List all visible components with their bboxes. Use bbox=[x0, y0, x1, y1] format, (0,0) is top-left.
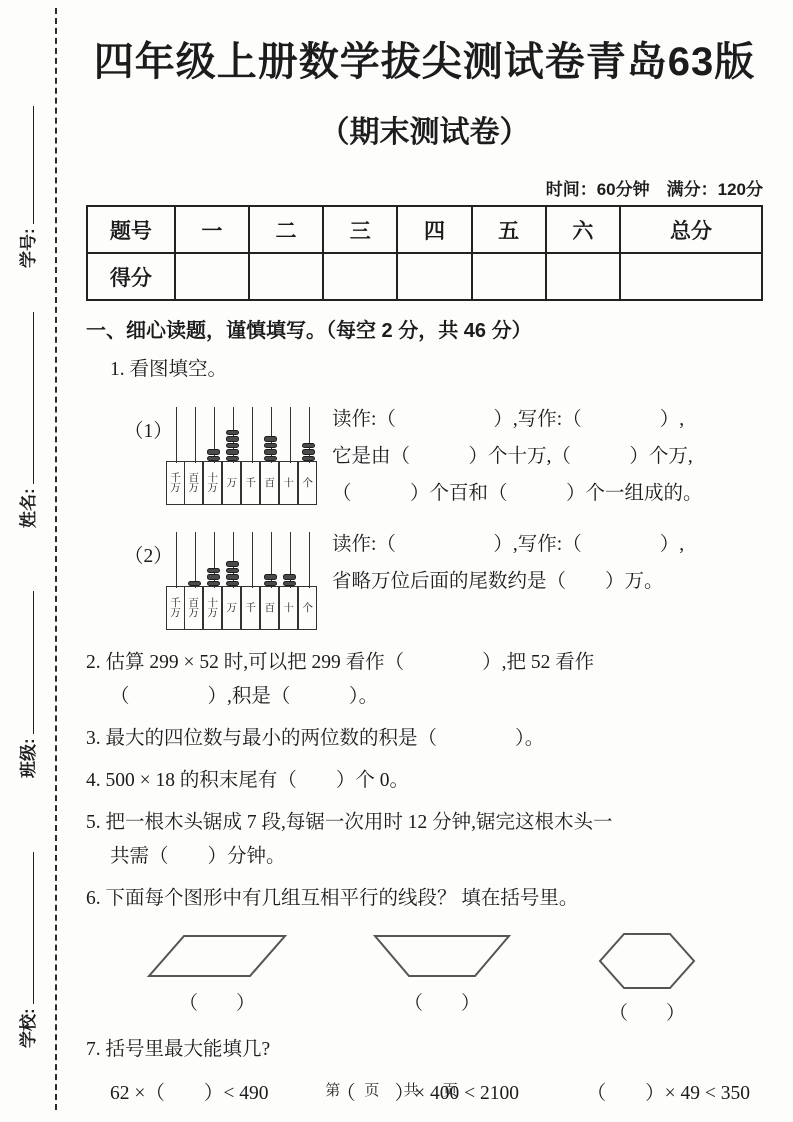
abacus-place-label: 个 bbox=[298, 461, 317, 505]
abacus-column-十: 十 bbox=[280, 532, 299, 630]
abacus-column-千万: 千万 bbox=[166, 407, 185, 505]
abacus-rod bbox=[176, 407, 178, 463]
question-7: 7. 括号里最大能填几? bbox=[86, 1033, 763, 1067]
abacus-place-label: 万 bbox=[222, 586, 241, 630]
abacus-diagram-2: 千万百万十万万千百十个 bbox=[166, 532, 318, 630]
question-5-line-2: 共需（ ）分钟。 bbox=[110, 840, 763, 874]
page-footer: 第 页 共 页 bbox=[0, 1079, 793, 1100]
abacus-bead bbox=[264, 581, 277, 587]
abacus-column-十万: 十万 bbox=[204, 532, 223, 630]
column-five: 五 bbox=[472, 206, 546, 253]
abacus-bead bbox=[283, 574, 296, 580]
abacus-column-十万: 十万 bbox=[204, 407, 223, 505]
abacus-bead bbox=[264, 443, 277, 449]
abacus-rod bbox=[195, 407, 197, 463]
question-1-sub-2: （2） 千万百万十万万千百十个 读作:（ ）,写作:（ ）, 省略万位后面的尾数… bbox=[124, 526, 763, 630]
question-5-line-1: 5. 把一根木头锯成 7 段,每锯一次用时 12 分钟,锯完这根木头一 bbox=[86, 806, 763, 840]
seal-field-name: 姓名: bbox=[14, 312, 39, 528]
section-one-heading: 一、细心读题，谨慎填写。（每空 2 分，共 46 分） bbox=[86, 314, 763, 343]
abacus-column-个: 个 bbox=[299, 407, 318, 505]
abacus-rod bbox=[252, 407, 254, 463]
abacus-bead bbox=[264, 456, 277, 462]
question-2-line-2: （ ）,积是（ ）。 bbox=[110, 680, 763, 714]
abacus-place-label: 千 bbox=[241, 461, 260, 505]
abacus-bead bbox=[188, 581, 201, 587]
abacus-column-万: 万 bbox=[223, 407, 242, 505]
abacus-bead bbox=[264, 574, 277, 580]
column-three: 三 bbox=[323, 206, 397, 253]
trapezoid-icon bbox=[367, 930, 517, 982]
question-1: 1. 看图填空。 bbox=[110, 353, 763, 387]
abacus-bead bbox=[264, 436, 277, 442]
abacus-column-千万: 千万 bbox=[166, 532, 185, 630]
abacus-place-label: 百 bbox=[260, 586, 279, 630]
abacus-bead bbox=[226, 568, 239, 574]
abacus-rod bbox=[233, 532, 235, 588]
abacus-column-个: 个 bbox=[299, 532, 318, 630]
abacus-bead bbox=[226, 574, 239, 580]
fill-blank-line: （ ）个百和（ ）个一组成的。 bbox=[332, 475, 763, 512]
question-1-sub-1: （1） 千万百万十万万千百十个 读作:（ ）,写作:（ ）, 它是由（ ）个十万… bbox=[124, 401, 763, 512]
score-cell bbox=[620, 253, 762, 300]
abacus-column-百: 百 bbox=[261, 532, 280, 630]
abacus-bead bbox=[226, 456, 239, 462]
column-four: 四 bbox=[397, 206, 471, 253]
abacus-place-label: 千万 bbox=[166, 461, 185, 505]
abacus-bead bbox=[302, 449, 315, 455]
abacus-bead bbox=[207, 574, 220, 580]
school-label: 学校: bbox=[19, 1008, 38, 1048]
abacus-bead bbox=[207, 449, 220, 455]
abacus-bead bbox=[264, 449, 277, 455]
score-cell bbox=[397, 253, 471, 300]
abacus-rod bbox=[214, 407, 216, 463]
seal-sidebar: 学号: 姓名: 班级: 学校: bbox=[0, 0, 57, 1122]
abacus-rod bbox=[195, 532, 197, 588]
abacus-place-label: 十万 bbox=[203, 461, 222, 505]
seal-field-class: 班级: bbox=[14, 591, 39, 778]
abacus-rod bbox=[252, 532, 254, 588]
column-six: 六 bbox=[546, 206, 620, 253]
name-write-line bbox=[29, 312, 34, 484]
question-3: 3. 最大的四位数与最小的两位数的积是（ ）。 bbox=[86, 722, 763, 756]
question-2-line-1: 2. 估算 299 × 52 时,可以把 299 看作（ ）,把 52 看作 bbox=[86, 646, 763, 680]
question-4: 4. 500 × 18 的积末尾有（ ）个 0。 bbox=[86, 764, 763, 798]
score-cell bbox=[323, 253, 397, 300]
sub-question-2-text: 读作:（ ）,写作:（ ）, 省略万位后面的尾数约是（ ）万。 bbox=[318, 526, 763, 600]
fill-blank-line: 它是由（ ）个十万,（ ）个万, bbox=[332, 438, 763, 475]
abacus-column-十: 十 bbox=[280, 407, 299, 505]
abacus-rod bbox=[309, 532, 311, 588]
shape-parallelogram: （ ） bbox=[142, 930, 292, 1025]
class-label: 班级: bbox=[19, 738, 38, 778]
abacus-bead bbox=[302, 456, 315, 462]
shape-answer-blank: （ ） bbox=[142, 988, 292, 1015]
sub-question-number: （1） bbox=[124, 401, 166, 443]
abacus-place-label: 百万 bbox=[184, 586, 203, 630]
question-6-shapes-row: （ ） （ ） （ ） bbox=[142, 930, 702, 1025]
abacus-column-百万: 百万 bbox=[185, 407, 204, 505]
shape-hexagon: （ ） bbox=[592, 930, 702, 1025]
shape-answer-blank: （ ） bbox=[592, 998, 702, 1025]
abacus-rod bbox=[233, 407, 235, 463]
sub-question-number: （2） bbox=[124, 526, 166, 568]
abacus-place-label: 百万 bbox=[184, 461, 203, 505]
sub-question-1-text: 读作:（ ）,写作:（ ）, 它是由（ ）个十万,（ ）个万, （ ）个百和（ … bbox=[318, 401, 763, 512]
abacus-place-label: 十 bbox=[279, 586, 298, 630]
paper-title: 四年级上册数学拔尖测试卷青岛63版 bbox=[86, 30, 763, 87]
abacus-rod bbox=[214, 532, 216, 588]
abacus-bead bbox=[226, 436, 239, 442]
score-cell bbox=[175, 253, 249, 300]
student-number-write-line bbox=[29, 106, 34, 224]
abacus-column-百万: 百万 bbox=[185, 532, 204, 630]
fill-blank-line: 读作:（ ）,写作:（ ）, bbox=[332, 401, 763, 438]
score-cell bbox=[472, 253, 546, 300]
column-two: 二 bbox=[249, 206, 323, 253]
paper-subtitle: （期末测试卷） bbox=[86, 107, 763, 151]
seal-field-student-number: 学号: bbox=[14, 106, 39, 268]
score-cell bbox=[249, 253, 323, 300]
abacus-rod bbox=[290, 407, 292, 463]
abacus-bead bbox=[226, 443, 239, 449]
abacus-bead bbox=[226, 449, 239, 455]
paper-content: 四年级上册数学拔尖测试卷青岛63版 （期末测试卷） 时间：60分钟 满分：120… bbox=[86, 0, 763, 1105]
abacus-bead bbox=[207, 456, 220, 462]
student-number-label: 学号: bbox=[19, 228, 38, 268]
abacus-bead bbox=[226, 430, 239, 436]
abacus-bead bbox=[207, 581, 220, 587]
name-label: 姓名: bbox=[19, 488, 38, 528]
abacus-bead bbox=[226, 561, 239, 567]
abacus-rod bbox=[271, 532, 273, 588]
class-write-line bbox=[29, 591, 34, 734]
seal-dashed-line bbox=[55, 8, 57, 1110]
school-write-line bbox=[29, 852, 34, 1004]
test-paper-page: 学号: 姓名: 班级: 学校: 四年级上册数学拔尖测试卷青岛63版 （期末测试卷… bbox=[0, 0, 793, 1122]
abacus-column-千: 千 bbox=[242, 407, 261, 505]
abacus-rod bbox=[309, 407, 311, 463]
abacus-place-label: 十 bbox=[279, 461, 298, 505]
parallelogram-icon bbox=[142, 930, 292, 982]
abacus-place-label: 十万 bbox=[203, 586, 222, 630]
abacus-place-label: 百 bbox=[260, 461, 279, 505]
seal-field-school: 学校: bbox=[14, 852, 39, 1048]
column-one: 一 bbox=[175, 206, 249, 253]
abacus-bead bbox=[283, 581, 296, 587]
abacus-place-label: 千万 bbox=[166, 586, 185, 630]
fill-blank-line: 读作:（ ）,写作:（ ）, bbox=[332, 526, 763, 563]
score-table-score-row: 得分 bbox=[87, 253, 762, 300]
abacus-column-万: 万 bbox=[223, 532, 242, 630]
shape-answer-blank: （ ） bbox=[367, 988, 517, 1015]
hexagon-icon bbox=[592, 930, 702, 992]
question-number-label: 题号 bbox=[87, 206, 175, 253]
abacus-rod bbox=[176, 532, 178, 588]
abacus-column-千: 千 bbox=[242, 532, 261, 630]
abacus-diagram-1: 千万百万十万万千百十个 bbox=[166, 407, 318, 505]
score-cell bbox=[546, 253, 620, 300]
column-total: 总分 bbox=[620, 206, 762, 253]
shape-trapezoid: （ ） bbox=[367, 930, 517, 1025]
abacus-bead bbox=[207, 568, 220, 574]
abacus-rod bbox=[271, 407, 273, 463]
question-6: 6. 下面每个图形中有几组互相平行的线段？ 填在括号里。 bbox=[86, 882, 763, 916]
abacus-rod bbox=[290, 532, 292, 588]
abacus-bead bbox=[302, 443, 315, 449]
abacus-place-label: 个 bbox=[298, 586, 317, 630]
abacus-place-label: 万 bbox=[222, 461, 241, 505]
abacus-column-百: 百 bbox=[261, 407, 280, 505]
time-score-meta: 时间：60分钟 满分：120分 bbox=[86, 175, 763, 200]
score-table: 题号 一 二 三 四 五 六 总分 得分 bbox=[86, 205, 763, 301]
score-table-header-row: 题号 一 二 三 四 五 六 总分 bbox=[87, 206, 762, 253]
abacus-bead bbox=[226, 581, 239, 587]
abacus-place-label: 千 bbox=[241, 586, 260, 630]
fill-blank-line: 省略万位后面的尾数约是（ ）万。 bbox=[332, 563, 763, 600]
score-label: 得分 bbox=[87, 253, 175, 300]
